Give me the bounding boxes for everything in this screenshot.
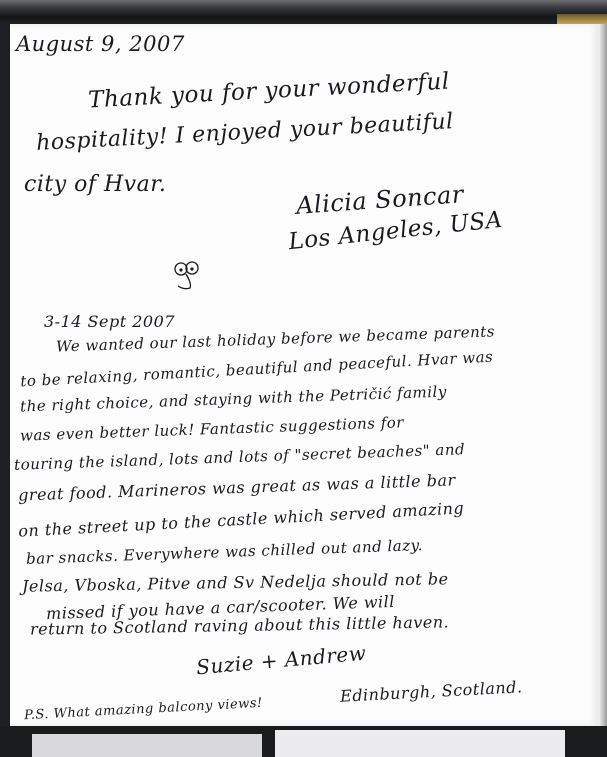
underlying-page (275, 730, 565, 757)
entry1-date: August 9, 2007 (16, 32, 185, 56)
entry1-line: city of Hvar. (24, 172, 166, 197)
book-binding-top (0, 0, 607, 24)
page-edge (600, 24, 607, 744)
entry2-date: 3-14 Sept 2007 (44, 312, 175, 331)
binding-gold-edge (557, 14, 607, 24)
smiley-face-icon (170, 260, 206, 294)
underlying-page (32, 734, 262, 757)
book-binding-bottom (0, 726, 607, 757)
